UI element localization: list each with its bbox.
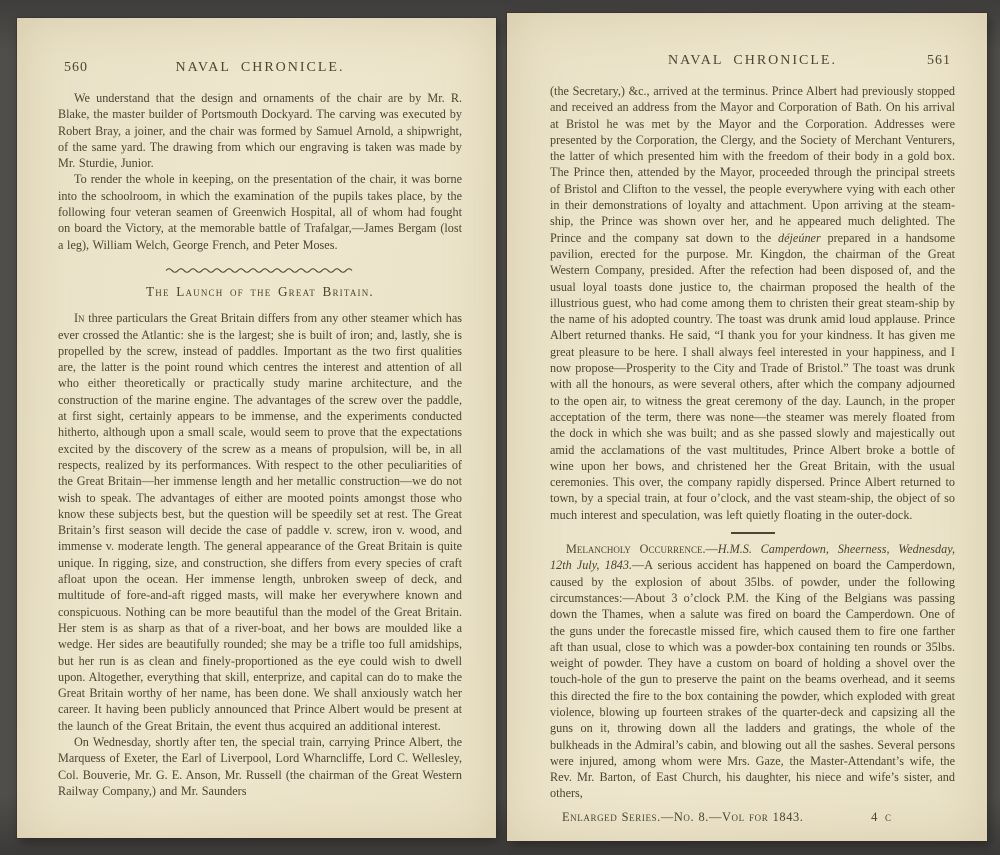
running-title-right: NAVAL CHRONICLE.	[668, 53, 837, 68]
page-560-content: 560 NAVAL CHRONICLE. We understand that …	[17, 18, 496, 799]
paragraph-bristol-visit: (the Secretary,) &c., arrived at the ter…	[550, 83, 955, 523]
launch-body-text: three particulars the Great Britain diff…	[58, 311, 462, 732]
section-heading-launch: The Launch of the Great Britain.	[58, 284, 462, 300]
running-title-left: NAVAL CHRONICLE.	[176, 60, 345, 75]
squiggle-divider-icon	[58, 266, 462, 274]
paragraph-launch-description: In three particulars the Great Britain d…	[58, 310, 462, 734]
melancholy-label: Melancholy Occurrence.—	[566, 542, 718, 556]
page-560: 560 NAVAL CHRONICLE. We understand that …	[17, 18, 496, 838]
page-number-left: 560	[64, 60, 88, 76]
series-note: Enlarged Series.—No. 8.—Vol for 1843.	[562, 809, 804, 825]
page-561-content: NAVAL CHRONICLE. 561 (the Secretary,) &c…	[507, 13, 987, 825]
bristol-text-1: (the Secretary,) &c., arrived at the ter…	[550, 84, 955, 245]
signature-mark: 4 c	[871, 809, 893, 825]
bristol-text-2: prepared in a handsome pavilion, erected…	[550, 231, 955, 522]
launch-lead-word: In	[74, 311, 85, 325]
paragraph-chair-presentation: To render the whole in keeping, on the p…	[58, 171, 462, 252]
paragraph-melancholy-occurrence: Melancholy Occurrence.—H.M.S. Camperdown…	[550, 541, 955, 802]
melancholy-body-text: —A serious accident has happened on boar…	[550, 558, 955, 800]
page-number-right: 561	[927, 53, 951, 69]
paragraph-chair-makers: We understand that the design and orname…	[58, 90, 462, 171]
page-561-header: NAVAL CHRONICLE. 561	[550, 53, 955, 70]
dejeuner-italic: déjeúner	[778, 231, 821, 245]
rule-divider	[731, 532, 775, 534]
page-560-body: We understand that the design and orname…	[58, 90, 462, 799]
page-561-body: (the Secretary,) &c., arrived at the ter…	[550, 83, 955, 825]
scan-background: 560 NAVAL CHRONICLE. We understand that …	[0, 0, 1000, 855]
paragraph-special-train: On Wednesday, shortly after ten, the spe…	[58, 734, 462, 799]
page-561: NAVAL CHRONICLE. 561 (the Secretary,) &c…	[507, 13, 987, 841]
page-footer: Enlarged Series.—No. 8.—Vol for 1843. 4 …	[550, 809, 955, 825]
page-560-header: 560 NAVAL CHRONICLE.	[58, 60, 462, 77]
